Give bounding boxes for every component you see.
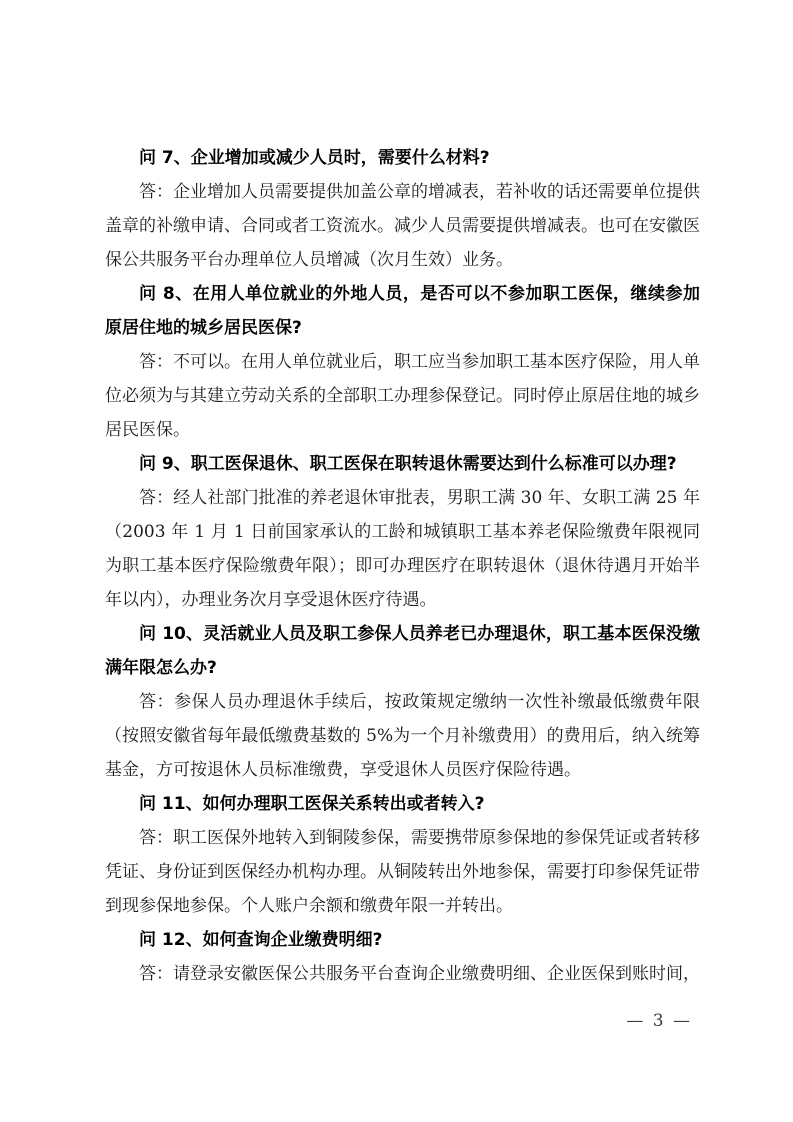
question-9: 问 9、职工医保退休、职工医保在职转退休需要达到什么标准可以办理? — [105, 447, 700, 481]
answer-12: 答：请登录安徽医保公共服务平台查询企业缴费明细、企业医保到账时间， — [105, 957, 700, 991]
answer-7: 答：企业增加人员需要提供加盖公章的增减表，若补收的话还需要单位提供盖章的补缴申请… — [105, 175, 700, 277]
page-number: — 3 — — [626, 1010, 692, 1032]
question-12: 问 12、如何查询企业缴费明细? — [105, 923, 700, 957]
answer-9: 答：经人社部门批准的养老退休审批表，男职工满 30 年、女职工满 25 年（20… — [105, 481, 700, 617]
document-page: 问 7、企业增加或减少人员时，需要什么材料? 答：企业增加人员需要提供加盖公章的… — [0, 0, 793, 1122]
question-10: 问 10、灵活就业人员及职工参保人员养老已办理退休，职工基本医保没缴满年限怎么办… — [105, 617, 700, 685]
question-7: 问 7、企业增加或减少人员时，需要什么材料? — [105, 141, 700, 175]
question-8: 问 8、在用人单位就业的外地人员，是否可以不参加职工医保，继续参加原居住地的城乡… — [105, 277, 700, 345]
qa-content: 问 7、企业增加或减少人员时，需要什么材料? 答：企业增加人员需要提供加盖公章的… — [105, 141, 700, 991]
question-11: 问 11、如何办理职工医保关系转出或者转入? — [105, 787, 700, 821]
answer-11: 答：职工医保外地转入到铜陵参保，需要携带原参保地的参保凭证或者转移凭证、身份证到… — [105, 821, 700, 923]
answer-10: 答：参保人员办理退休手续后，按政策规定缴纳一次性补缴最低缴费年限（按照安徽省每年… — [105, 685, 700, 787]
answer-8: 答：不可以。在用人单位就业后，职工应当参加职工基本医疗保险，用人单位必须为与其建… — [105, 345, 700, 447]
